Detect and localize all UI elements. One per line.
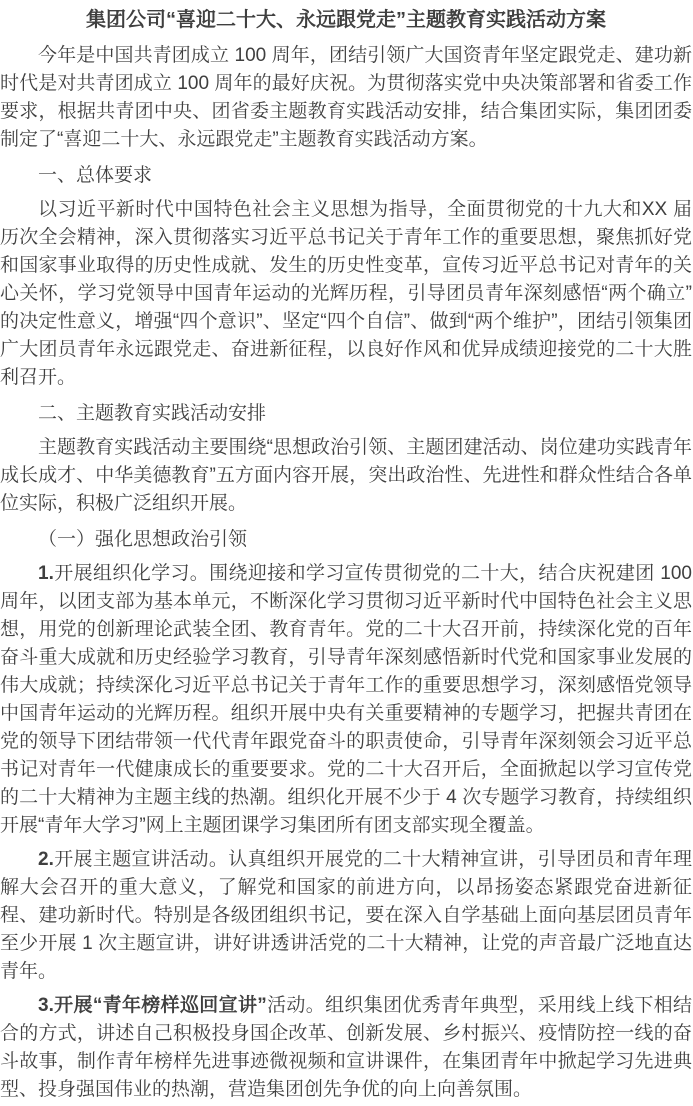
item-2-text: 开展主题宣讲活动。认真组织开展党的二十大精神宣讲，引导团员和青年理解大会召开的重…: [0, 849, 692, 982]
paragraph-intro: 今年是中国共青团成立 100 周年，团结引领广大国资青年坚定跟党走、建功新时代是…: [0, 42, 692, 154]
section-heading-activity-arrangement: 二、主题教育实践活动安排: [0, 400, 692, 428]
item-1-text: 开展组织化学习。围绕迎接和学习宣传贯彻党的二十大，结合庆祝建团 100 周年，以…: [0, 563, 692, 836]
section-heading-overall-requirements: 一、总体要求: [0, 162, 692, 190]
document-title: 集团公司“喜迎二十大、永远跟党走”主题教育实践活动方案: [0, 6, 692, 34]
subsection-heading-ideological-guidance: （一）强化思想政治引领: [0, 526, 692, 554]
item-2-number: 2.: [38, 849, 54, 870]
item-3-lead: 3.开展“青年榜样巡回宣讲”: [38, 995, 267, 1016]
paragraph-item-1: 1.开展组织化学习。围绕迎接和学习宣传贯彻党的二十大，结合庆祝建团 100 周年…: [0, 560, 692, 840]
paragraph-item-3: 3.开展“青年榜样巡回宣讲”活动。组织集团优秀青年典型，采用线上线下相结合的方式…: [0, 992, 692, 1104]
paragraph-activity-arrangement: 主题教育实践活动主要围绕“思想政治引领、主题团建活动、岗位建功实践青年成长成才、…: [0, 434, 692, 518]
paragraph-item-2: 2.开展主题宣讲活动。认真组织开展党的二十大精神宣讲，引导团员和青年理解大会召开…: [0, 846, 692, 986]
item-1-number: 1.: [38, 563, 54, 584]
document-page: 集团公司“喜迎二十大、永远跟党走”主题教育实践活动方案 今年是中国共青团成立 1…: [0, 0, 693, 1106]
paragraph-overall-requirements: 以习近平新时代中国特色社会主义思想为指导，全面贯彻党的十九大和XX 届历次全会精…: [0, 196, 692, 392]
